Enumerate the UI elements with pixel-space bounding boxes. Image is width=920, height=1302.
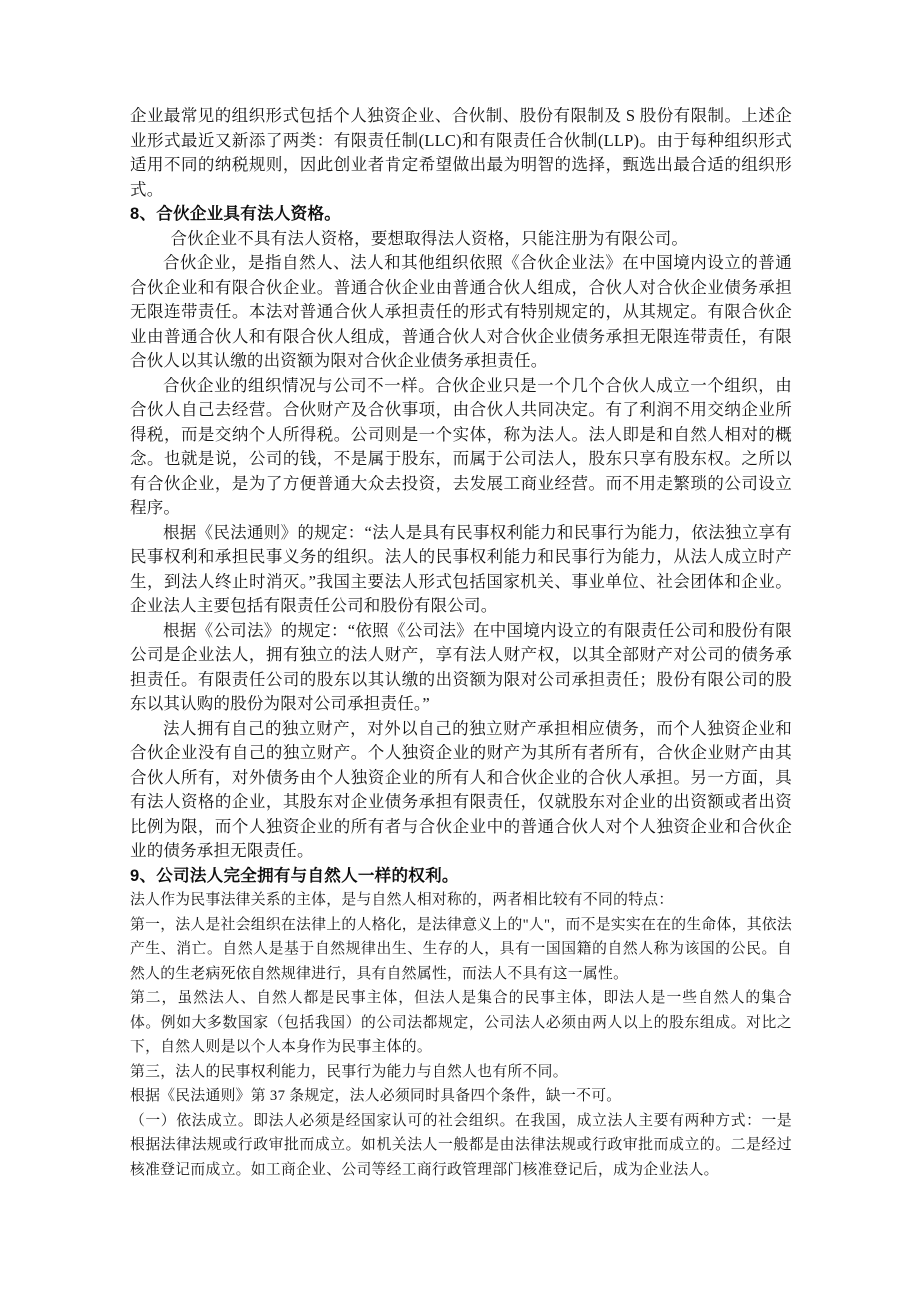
section-8-paragraph-1: 合伙企业不具有法人资格，要想取得法人资格，只能注册为有限公司。 xyxy=(130,227,792,252)
section-9-paragraph-3: 第二，虽然法人、自然人都是民事主体，但法人是集合的民事主体，即法人是一些自然人的… xyxy=(130,986,792,1060)
intro-paragraph: 企业最常见的组织形式包括个人独资企业、合伙制、股份有限制及 S 股份有限制。上述… xyxy=(130,104,792,202)
section-8-paragraph-2: 合伙企业，是指自然人、法人和其他组织依照《合伙企业法》在中国境内设立的普通合伙企… xyxy=(130,251,792,374)
section-9-paragraph-1: 法人作为民事法律关系的主体，是与自然人相对称的，两者相比较有不同的特点： xyxy=(130,888,792,913)
section-8-paragraph-4: 根据《民法通则》的规定：“法人是具有民事权利能力和民事行为能力，依法独立享有民事… xyxy=(130,521,792,619)
section-8-heading: 8、合伙企业具有法人资格。 xyxy=(130,202,792,227)
section-9-paragraph-5: 根据《民法通则》第 37 条规定，法人必须同时具备四个条件，缺一不可。 xyxy=(130,1084,792,1109)
document-page: 企业最常见的组织形式包括个人独资企业、合伙制、股份有限制及 S 股份有限制。上述… xyxy=(0,0,920,1302)
section-9-paragraph-6: （一）依法成立。即法人必须是经国家认可的社会组织。在我国，成立法人主要有两种方式… xyxy=(130,1109,792,1183)
section-9-paragraph-2: 第一，法人是社会组织在法律上的人格化，是法律意义上的"人"，而不是实实在在的生命… xyxy=(130,913,792,987)
section-8-paragraph-5: 根据《公司法》的规定：“依照《公司法》在中国境内设立的有限责任公司和股份有限公司… xyxy=(130,619,792,717)
section-8-paragraph-3: 合伙企业的组织情况与公司不一样。合伙企业只是一个几个合伙人成立一个组织，由合伙人… xyxy=(130,374,792,521)
section-9-heading: 9、公司法人完全拥有与自然人一样的权利。 xyxy=(130,864,792,889)
document-content: 企业最常见的组织形式包括个人独资企业、合伙制、股份有限制及 S 股份有限制。上述… xyxy=(130,104,792,1182)
section-9-paragraph-4: 第三，法人的民事权利能力，民事行为能力与自然人也有所不同。 xyxy=(130,1060,792,1085)
section-8-paragraph-6: 法人拥有自己的独立财产，对外以自己的独立财产承担相应债务，而个人独资企业和合伙企… xyxy=(130,717,792,864)
